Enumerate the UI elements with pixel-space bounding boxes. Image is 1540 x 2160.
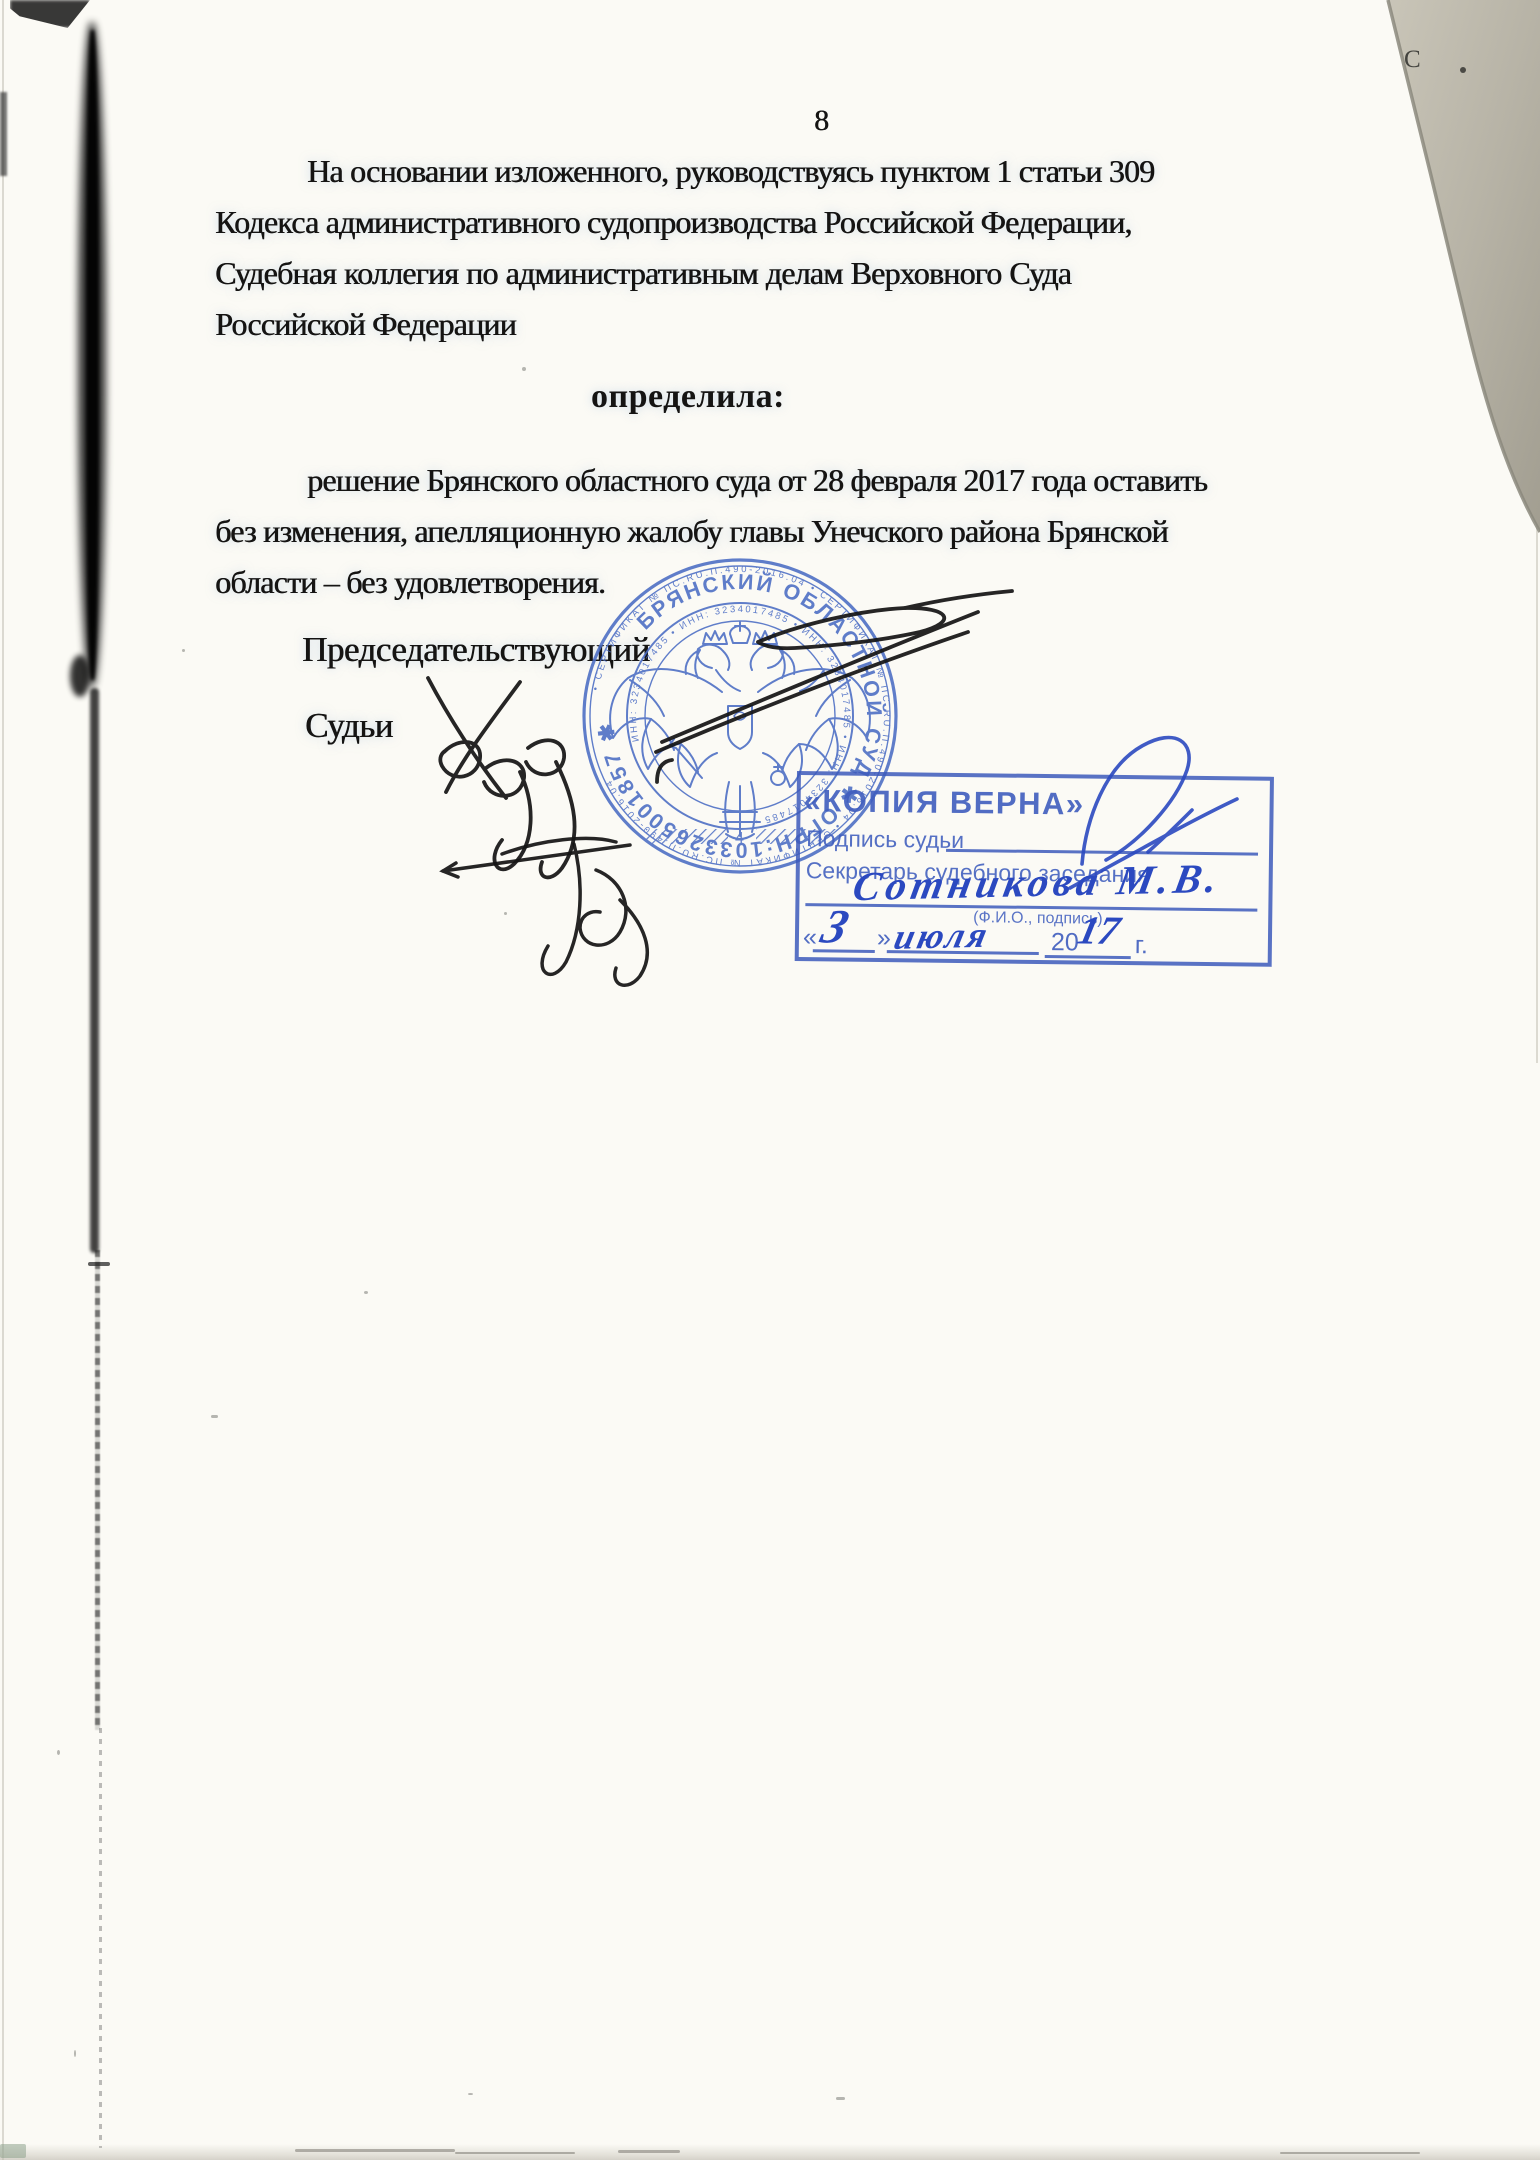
corner-character-mark: С: [1404, 46, 1421, 74]
fold-surface: [1388, 0, 1540, 532]
page-fold-corner: [0, 0, 1540, 560]
scanned-court-document-page: 8 На основании изложенного, руководствуя…: [0, 0, 1540, 2160]
fold-speck: [1460, 67, 1466, 73]
judge-signature-on-stamp: [1070, 738, 1237, 888]
